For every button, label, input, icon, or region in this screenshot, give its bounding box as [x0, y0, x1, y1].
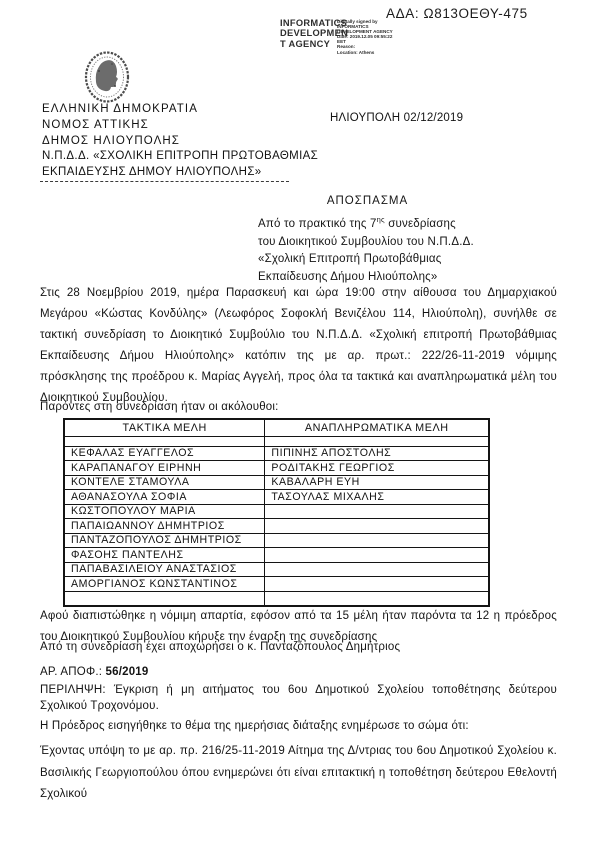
table-row: ΑΘΑΝΑΣΟΥΛΑ ΣΟΦΙΑΤΑΣΟΥΛΑΣ ΜΙΧΑΛΗΣ [64, 490, 489, 505]
member-name: ΚΑΒΑΛΑΡΗ ΕΥΗ [265, 475, 489, 490]
member-name: ΚΟΝΤΕΛΕ ΣΤΑΜΟΥΛΑ [64, 475, 265, 490]
member-name: ΦΑΣΟΗΣ ΠΑΝΤΕΛΗΣ [64, 548, 265, 563]
table-row [64, 437, 489, 447]
decision-number-value: 56/2019 [106, 666, 149, 678]
decision-summary: ΠΕΡΙΛΗΨΗ: Έγκριση ή μη αιτήματος του 6ου… [40, 682, 557, 715]
table-row: ΑΜΟΡΓΙΑΝΟΣ ΚΩΝΣΤΑΝΤΙΝΟΣ [64, 577, 489, 592]
member-name [265, 577, 489, 592]
table-row: ΚΟΝΤΕΛΕ ΣΤΑΜΟΥΛΑΚΑΒΑΛΑΡΗ ΕΥΗ [64, 475, 489, 490]
member-name: ΠΙΠΙΝΗΣ ΑΠΟΣΤΟΛΗΣ [265, 446, 489, 461]
extract-block: ΑΠΟΣΠΑΣΜΑ Από το πρακτικό της 7ης συνεδρ… [258, 193, 477, 286]
table-row: ΚΑΡΑΠΑΝΑΓΟΥ ΕΙΡΗΝΗΡΟΔΙΤΑΚΗΣ ΓΕΩΡΓΙΟΣ [64, 461, 489, 476]
dashed-separator [40, 181, 289, 182]
member-name [265, 548, 489, 563]
table-row: ΠΑΠΑΒΑΣΙΛΕΙΟΥ ΑΝΑΣΤΑΣΙΟΣ [64, 562, 489, 577]
org-line-prefecture: ΝΟΜΟΣ ΑΤΤΙΚΗΣ [42, 118, 318, 134]
org-line-npdd-2: ΕΚΠΑΙΔΕΥΣΗΣ ΔΗΜΟΥ ΗΛΙΟΥΠΟΛΗΣ» [42, 165, 318, 181]
table-row [64, 591, 489, 606]
decision-number-label: ΑΡ. ΑΠΟΦ.: [40, 666, 102, 678]
org-line-npdd-1: Ν.Π.Δ.Δ. «ΣΧΟΛΙΚΗ ΕΠΙΤΡΟΠΗ ΠΡΩΤΟΒΑΘΜΙΑΣ [42, 149, 318, 165]
member-name: ΚΩΣΤΟΠΟΥΛΟΥ ΜΑΡΙΑ [64, 504, 265, 519]
org-line-republic: ΕΛΛΗΝΙΚΗ ΔΗΜΟΚΡΑΤΙΑ [42, 102, 318, 118]
member-name: ΤΑΣΟΥΛΑΣ ΜΙΧΑΛΗΣ [265, 490, 489, 505]
table-row: ΠΑΠΑΙΩΑΝΝΟΥ ΔΗΜΗΤΡΙΟΣ [64, 519, 489, 534]
member-name: ΠΑΝΤΑΖΟΠΟΥΛΟΣ ΔΗΜΗΤΡΙΟΣ [64, 533, 265, 548]
column-header-regular-members: ΤΑΚΤΙΚΑ ΜΕΛΗ [64, 419, 265, 437]
org-line-municipality: ΔΗΜΟΣ ΗΛΙΟΥΠΟΛΗΣ [42, 134, 318, 150]
members-table: ΤΑΚΤΙΚΑ ΜΕΛΗ ΑΝΑΠΛΗΡΩΜΑΤΙΚΑ ΜΕΛΗ ΚΕΦΑΛΑΣ… [63, 418, 490, 607]
member-name: ΠΑΠΑΒΑΣΙΛΕΙΟΥ ΑΝΑΣΤΑΣΙΟΣ [64, 562, 265, 577]
extract-title: ΑΠΟΣΠΑΣΜΑ [258, 193, 477, 211]
decision-number-line: ΑΡ. ΑΠΟΦ.: 56/2019 [40, 666, 149, 678]
member-name [265, 533, 489, 548]
table-row: ΚΕΦΑΛΑΣ ΕΥΑΓΓΕΛΟΣΠΙΠΙΝΗΣ ΑΠΟΣΤΟΛΗΣ [64, 446, 489, 461]
extract-line-1: Από το πρακτικό της 7ης συνεδρίασης [258, 211, 477, 233]
table-row: ΚΩΣΤΟΠΟΥΛΟΥ ΜΑΡΙΑ [64, 504, 489, 519]
intro-paragraph: Στις 28 Νοεμβρίου 2019, ημέρα Παρασκευή … [40, 283, 557, 410]
chair-intro-line: Η Πρόεδρος εισηγήθηκε το θέμα της ημερήσ… [40, 720, 557, 732]
ordinal-superscript: ης [377, 215, 385, 224]
table-header-row: ΤΑΚΤΙΚΑ ΜΕΛΗ ΑΝΑΠΛΗΡΩΜΑΤΙΚΑ ΜΕΛΗ [64, 419, 489, 437]
signature-details-block: Digitally signed by INFORMATICS DEVELOPM… [337, 19, 427, 55]
body-paragraph: Έχοντας υπόψη το με αρ. πρ. 216/25-11-20… [40, 741, 557, 806]
municipality-seal-icon [84, 51, 130, 103]
table-row: ΠΑΝΤΑΖΟΠΟΥΛΟΣ ΔΗΜΗΤΡΙΟΣ [64, 533, 489, 548]
org-header-block: ΕΛΛΗΝΙΚΗ ΔΗΜΟΚΡΑΤΙΑ ΝΟΜΟΣ ΑΤΤΙΚΗΣ ΔΗΜΟΣ … [42, 102, 318, 181]
departure-line: Από τη συνεδρίαση έχει αποχωρήσει ο κ. Π… [40, 641, 557, 653]
member-name: ΑΜΟΡΓΙΑΝΟΣ ΚΩΝΣΤΑΝΤΙΝΟΣ [64, 577, 265, 592]
column-header-substitute-members: ΑΝΑΠΛΗΡΩΜΑΤΙΚΑ ΜΕΛΗ [265, 419, 489, 437]
document-page: ΑΔΑ: Ω813ΟΕΘΥ-475 INFORMATICS DEVELOPMEN… [0, 0, 595, 842]
member-name: ΑΘΑΝΑΣΟΥΛΑ ΣΟΦΙΑ [64, 490, 265, 505]
member-name [265, 562, 489, 577]
member-name: ΚΕΦΑΛΑΣ ΕΥΑΓΓΕΛΟΣ [64, 446, 265, 461]
member-name: ΚΑΡΑΠΑΝΑΓΟΥ ΕΙΡΗΝΗ [64, 461, 265, 476]
extract-line-2: του Διοικητικού Συμβουλίου του Ν.Π.Δ.Δ. [258, 234, 477, 252]
member-name [265, 504, 489, 519]
table-row: ΦΑΣΟΗΣ ΠΑΝΤΕΛΗΣ [64, 548, 489, 563]
member-name: ΠΑΠΑΙΩΑΝΝΟΥ ΔΗΜΗΤΡΙΟΣ [64, 519, 265, 534]
member-name [265, 519, 489, 534]
signature-detail-line: Location: Athens [337, 50, 427, 55]
extract-line-3: «Σχολική Επιτροπή Πρωτοβάθμιας [258, 251, 477, 269]
member-name: ΡΟΔΙΤΑΚΗΣ ΓΕΩΡΓΙΟΣ [265, 461, 489, 476]
present-members-line: Παρόντες στη συνεδρίαση ήταν οι ακόλουθο… [40, 401, 279, 413]
place-date: ΗΛΙΟΥΠΟΛΗ 02/12/2019 [330, 112, 463, 124]
